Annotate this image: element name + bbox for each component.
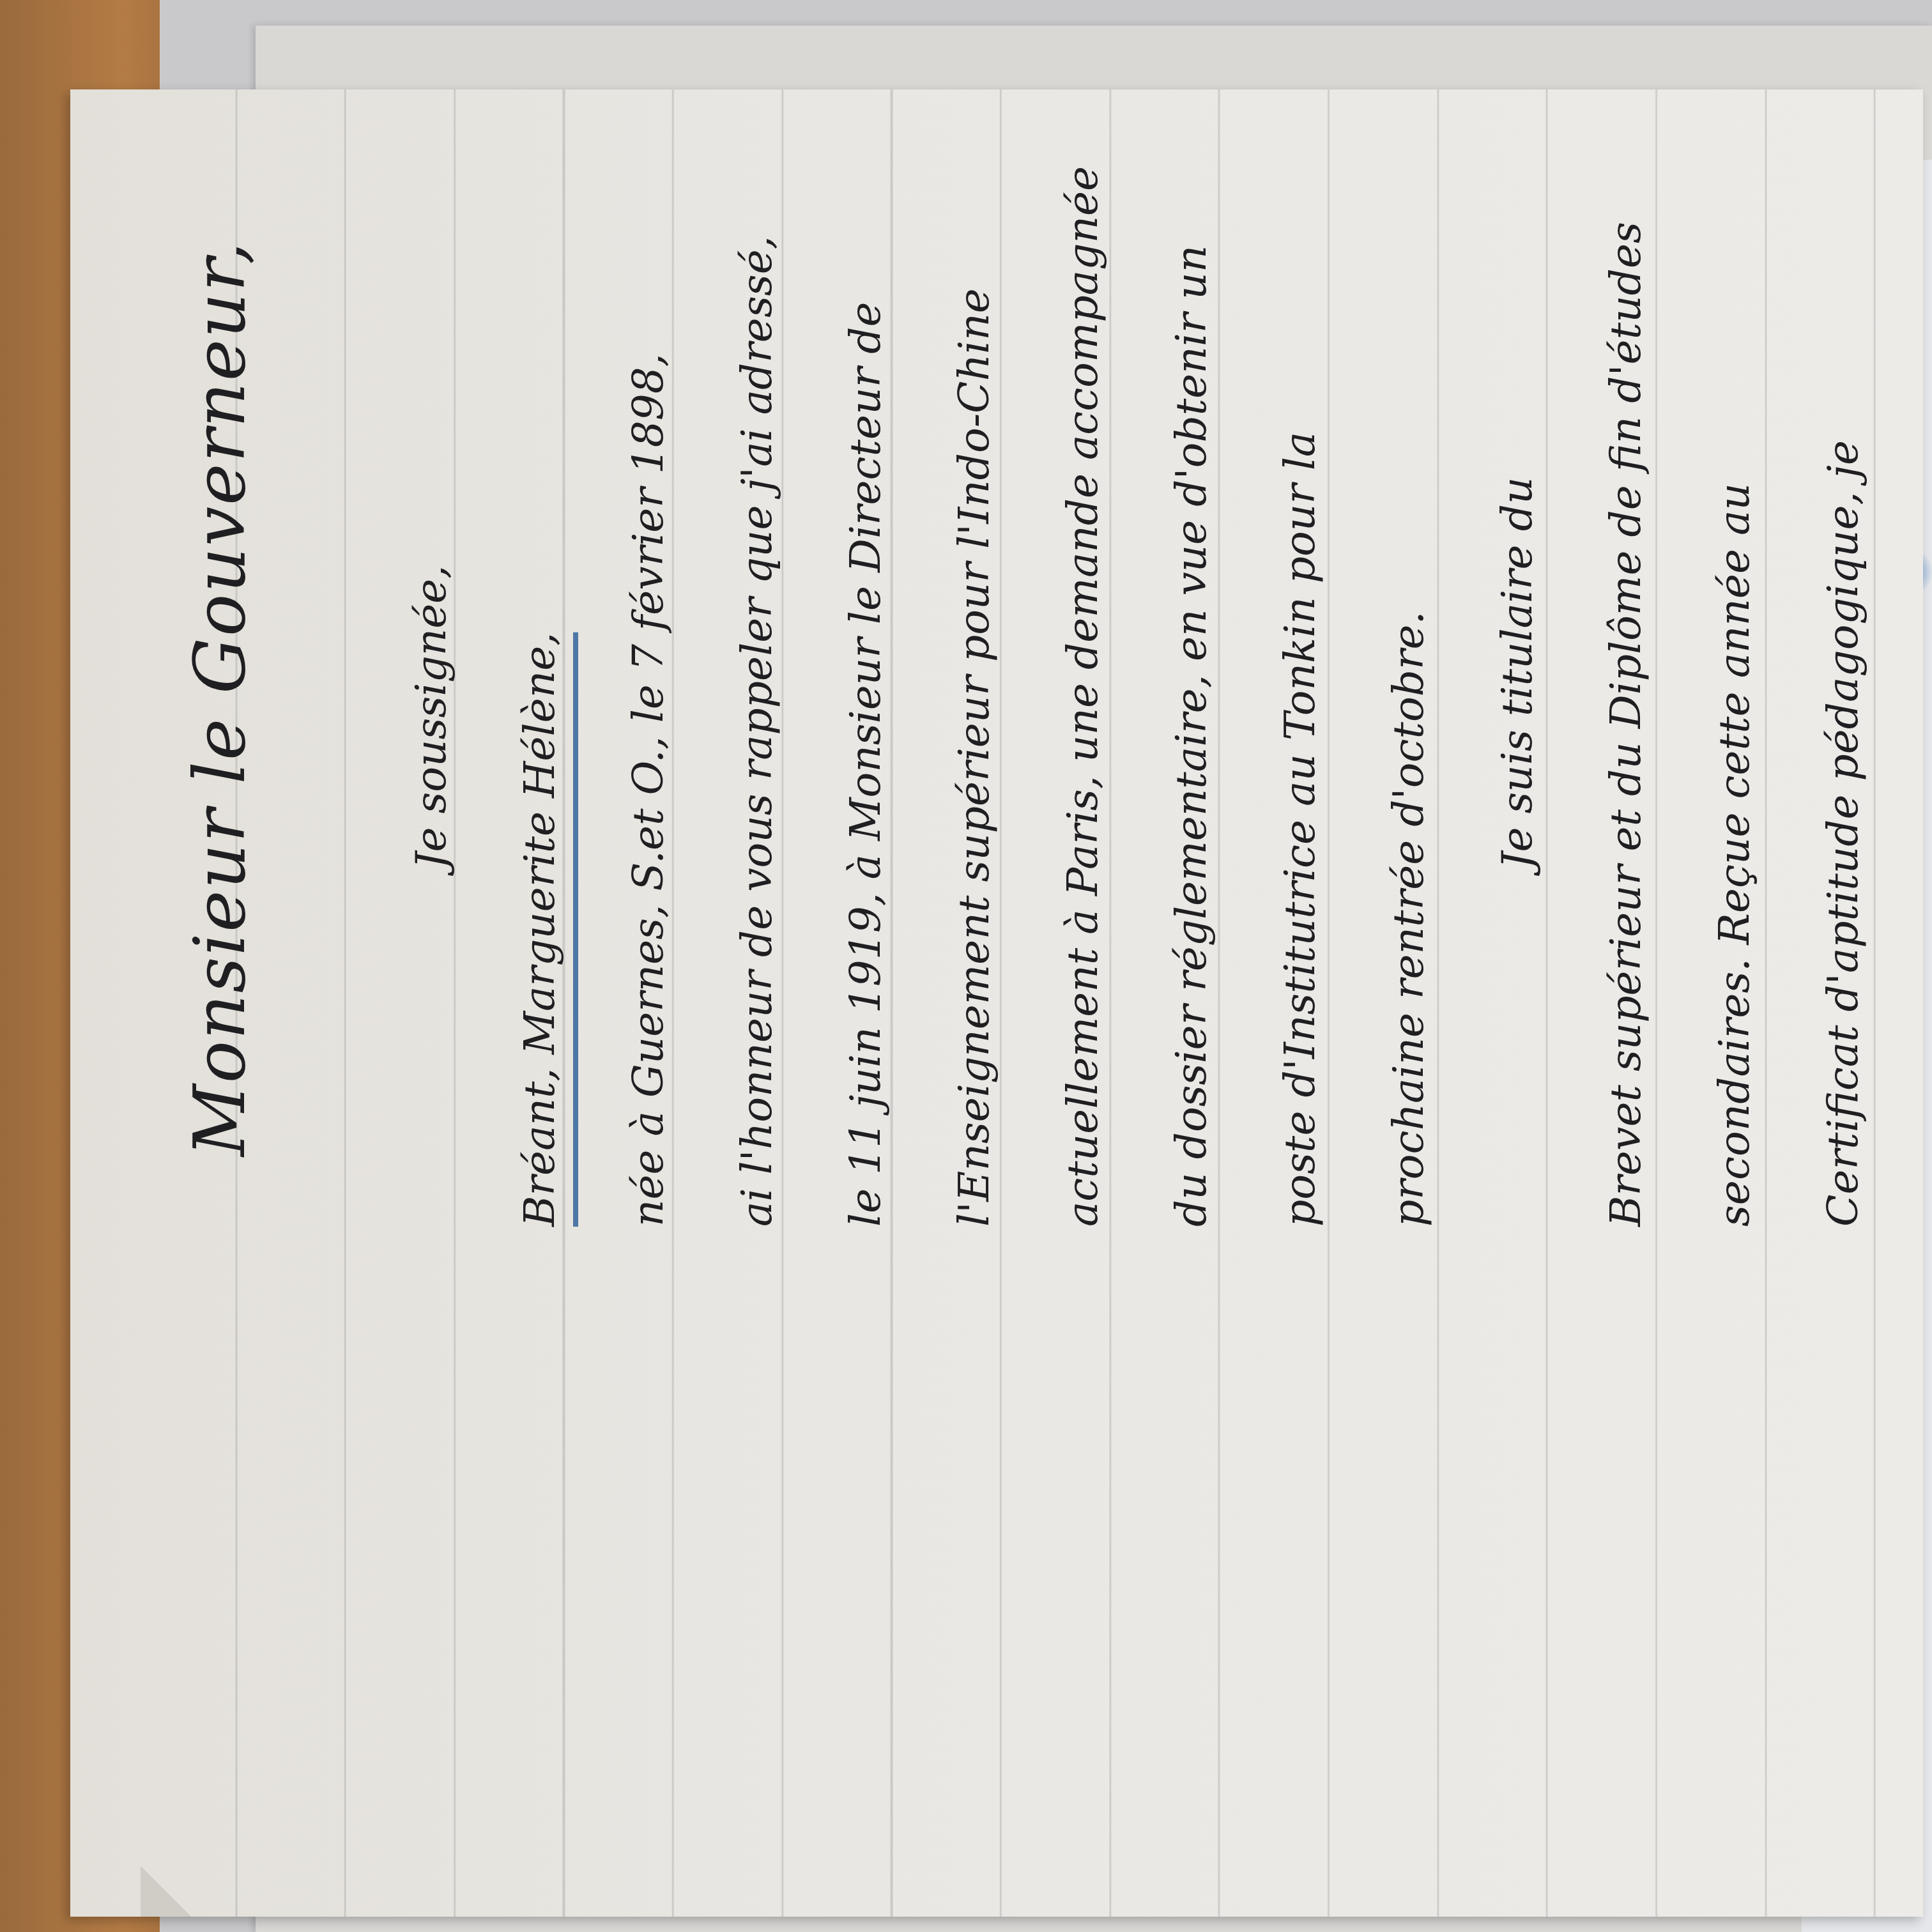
letter-sheet: Monsieur le Gouverneur, Je soussignée, B… [70, 89, 1923, 1917]
letter-line: poste d'Institutrice au Tonkin pour la [1246, 332, 1354, 1227]
letter-body: Je soussignée, Bréant, Marguerite Hélène… [377, 332, 1923, 1227]
letter-line: Je suis titulaire du [1463, 332, 1572, 1227]
letter-line: Certificat d'aptitude pédagogique, je [1789, 332, 1897, 1227]
letter-content: Monsieur le Gouverneur, Je soussignée, B… [70, 89, 1923, 1917]
salutation: Monsieur le Gouverneur, [179, 241, 261, 1156]
letter-line: née à Guernes, S.et O., le 7 février 189… [594, 332, 703, 1227]
folded-corner [141, 1866, 192, 1917]
letter-line: ai l'honneur de vous rappeler que j'ai a… [703, 332, 811, 1227]
applicant-name-line: Bréant, Marguerite Hélène, [486, 332, 594, 1227]
letter-line: prochaine rentrée d'octobre. [1354, 332, 1463, 1227]
letter-line: secondaires. Reçue cette année au [1680, 332, 1789, 1227]
letter-line: du dossier réglementaire, en vue d'obten… [1137, 332, 1246, 1227]
letter-line: l'Enseignement supérieur pour l'Indo-Chi… [920, 332, 1029, 1227]
letter-line: le 11 juin 1919, à Monsieur le Directeur… [811, 332, 920, 1227]
letter-line: Brevet supérieur et du Diplôme de fin d'… [1572, 332, 1680, 1227]
letter-line: dois être titularisée au 1er janvier 192… [1897, 332, 1923, 1227]
letter-line: Je soussignée, [377, 332, 486, 1227]
letter-line: actuellement à Paris, une demande accomp… [1029, 332, 1137, 1227]
